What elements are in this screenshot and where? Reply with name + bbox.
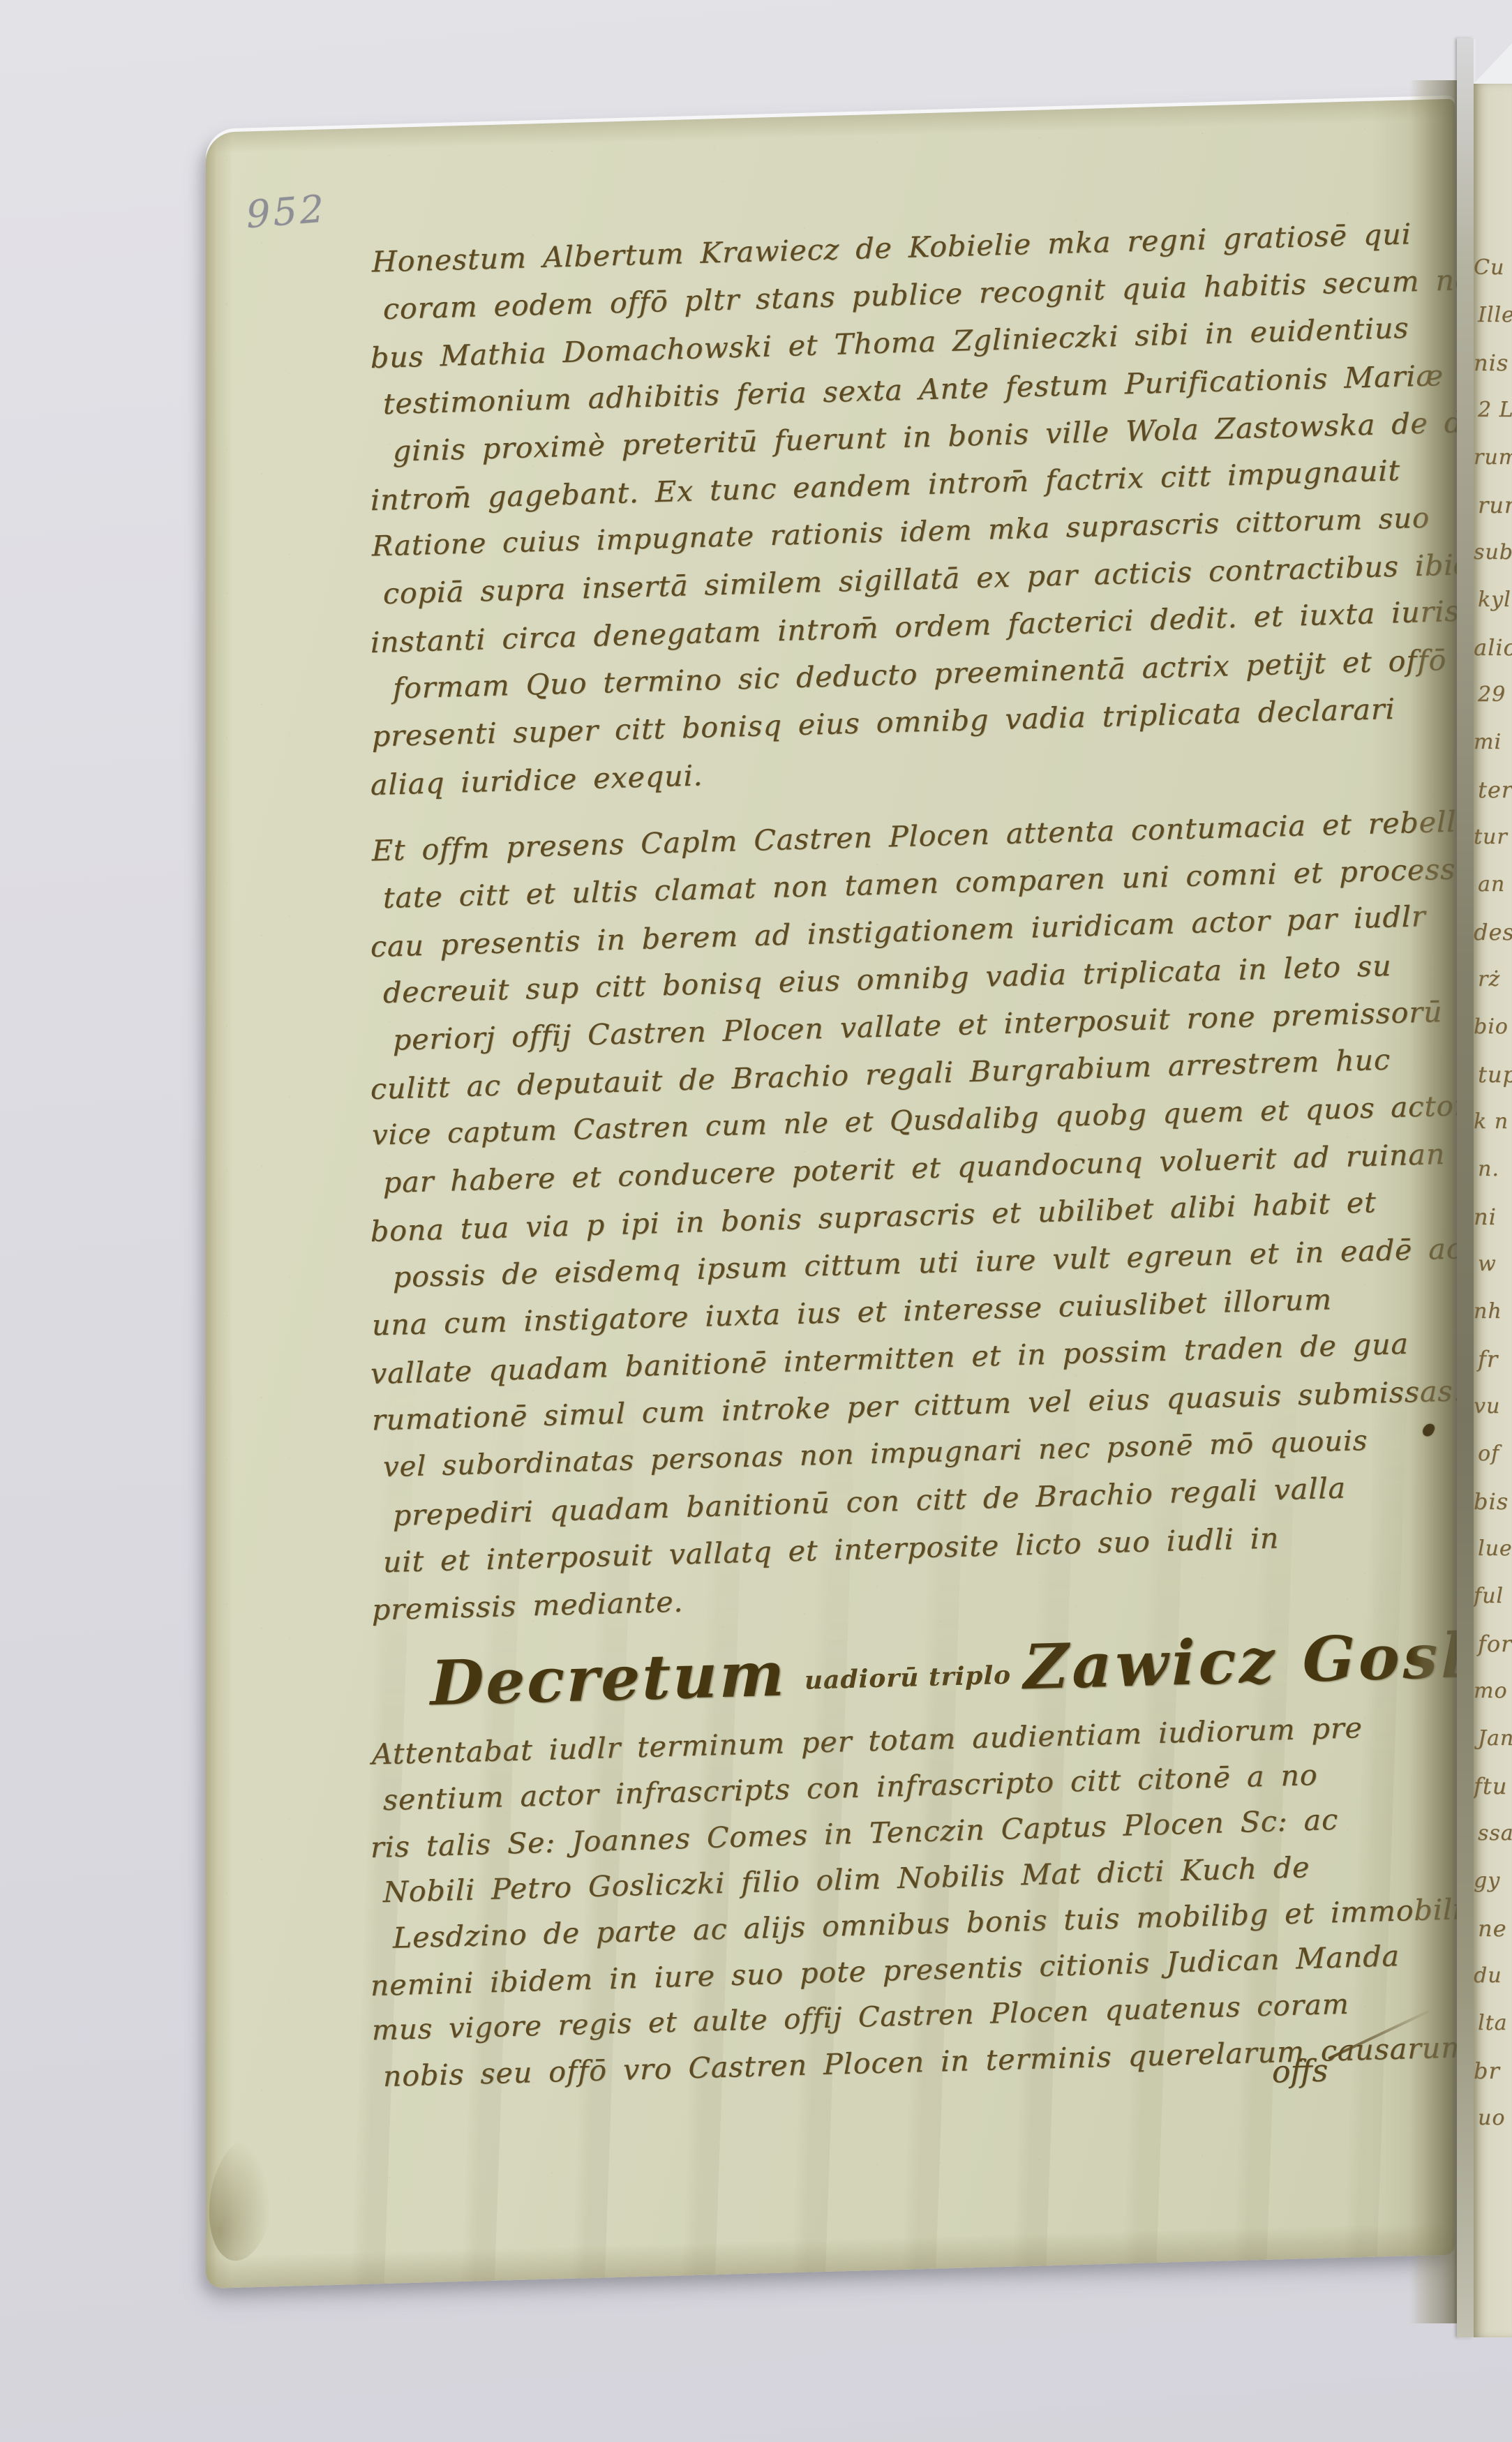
facing-page-text-fragment: br bbox=[1474, 2047, 1512, 2095]
binding-gutter bbox=[1409, 80, 1457, 2323]
page-number: 952 bbox=[246, 190, 328, 234]
facing-page-text-fragment: nis bbox=[1474, 339, 1512, 387]
facing-page-text-fragment: for bbox=[1474, 1620, 1512, 1668]
facing-page-text-fragment: nh s bbox=[1474, 1288, 1512, 1335]
facing-page-text-fragment: w ri bbox=[1474, 1241, 1512, 1288]
facing-page-text-fragment: kyl bbox=[1474, 576, 1512, 624]
facing-page-text-fragment: du bbox=[1474, 1952, 1512, 2000]
facing-page-text-fragment: des bbox=[1474, 908, 1512, 956]
facing-page-text-fragment: mi bbox=[1474, 719, 1512, 766]
facing-page-text-fragment: bio bbox=[1474, 1003, 1512, 1051]
facing-page-text-fragment: rż bbox=[1474, 956, 1512, 1003]
facing-page-text-fragment: Cu bbox=[1474, 244, 1512, 292]
facing-page-text-fragment: uo bbox=[1474, 2095, 1512, 2142]
facing-page-text-fragment: rum bbox=[1474, 481, 1512, 529]
paragraph-3: Attentabat iudlr terminum per totam audi… bbox=[372, 1703, 1419, 2100]
facing-page-text-fragment: vu i bbox=[1474, 1383, 1512, 1430]
facing-page-text-fragment: 2 L bbox=[1474, 387, 1512, 434]
facing-page-text-fragment: bis bbox=[1474, 1478, 1512, 1525]
catchword: offs bbox=[1272, 2055, 1328, 2088]
facing-page-text-fragment: lue bbox=[1474, 1525, 1512, 1573]
scanner-bed: 952 Honestum Albertum Krawiecz de Kobiel… bbox=[0, 0, 1512, 2442]
facing-page-text-fragment: 29 n bbox=[1474, 671, 1512, 719]
facing-page-text-fragment: rum bbox=[1474, 434, 1512, 481]
facing-page-text-fragment: subl bbox=[1474, 529, 1512, 576]
heading-word-decretum: Decretum bbox=[431, 1637, 786, 1719]
page-corner-curl bbox=[202, 2135, 283, 2264]
facing-page-text-fragment: ftu bbox=[1474, 1762, 1512, 1810]
facing-page-text-fragment: tup bbox=[1474, 1051, 1512, 1098]
facing-page-text-fragment: n. bbox=[1474, 1146, 1512, 1193]
facing-page-text-fragment: ssa bbox=[1474, 1810, 1512, 1857]
facing-page-text-fragment: Jan bbox=[1474, 1715, 1512, 1762]
manuscript-text-block: Honestum Albertum Krawiecz de Kobielie m… bbox=[372, 210, 1419, 2100]
facing-page-text-fragment: tur bbox=[1474, 814, 1512, 861]
facing-page-text-fragment: an bbox=[1474, 861, 1512, 908]
manuscript-page: 952 Honestum Albertum Krawiecz de Kobiel… bbox=[206, 99, 1455, 2289]
facing-page-text-fragment: ni Z bbox=[1474, 1193, 1512, 1241]
binding-crease bbox=[1457, 38, 1474, 2337]
facing-page-text-fragment: alio bbox=[1474, 624, 1512, 671]
heading-word-middle: uadiorū triplo bbox=[804, 1661, 1011, 1695]
facing-page-text-fragment: Ille bbox=[1474, 292, 1512, 339]
facing-page-fragment-column: CuIllenis2 Lrumrumsublkylalio29 nmitertu… bbox=[1474, 84, 1512, 2142]
paragraph-2: Et offm presens Caplm Castren Plocen att… bbox=[372, 799, 1419, 1634]
facing-page-text-fragment: ful bbox=[1474, 1573, 1512, 1620]
facing-page-text-fragment: fr n bbox=[1474, 1335, 1512, 1383]
facing-page-text-fragment: ter bbox=[1474, 766, 1512, 814]
facing-page-text-fragment: mo bbox=[1474, 1668, 1512, 1715]
facing-page-text-fragment: ne bbox=[1474, 1905, 1512, 1952]
facing-page-text-fragment: gy bbox=[1474, 1857, 1512, 1905]
facing-page-text-fragment: lta bbox=[1474, 2000, 1512, 2047]
facing-page-fold-corner bbox=[1474, 43, 1512, 84]
facing-page-sliver: CuIllenis2 Lrumrumsublkylalio29 nmitertu… bbox=[1474, 84, 1512, 2337]
facing-page-text-fragment: k n bbox=[1474, 1098, 1512, 1146]
paragraph-1: Honestum Albertum Krawiecz de Kobielie m… bbox=[372, 210, 1419, 808]
facing-page-text-fragment: of bbox=[1474, 1430, 1512, 1478]
